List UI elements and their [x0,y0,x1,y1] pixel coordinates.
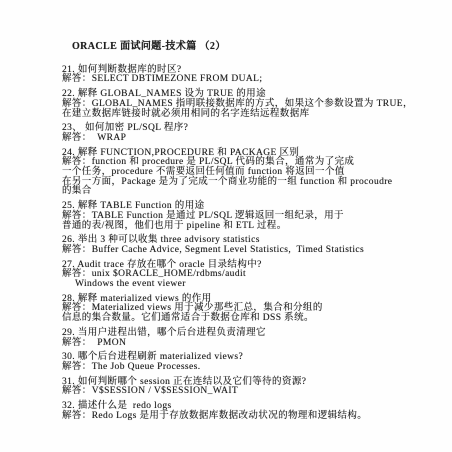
answer-line: 解答：Redo Logs 是用于存放数据库数据改动状况的物理和逻辑结构。 [62,412,428,422]
qa-block-31: 31. 如何判断哪个 session 正在连结以及它们等待的资源? 解答：V$S… [62,378,428,397]
qa-block-26: 26. 举出 3 种可以收集 three advisory statistics… [62,236,428,255]
answer-continuation-line: 在另一方面，Package 是为了完成一个商业功能的一组 function 和 … [62,178,428,188]
answer-line: 解答：The Job Queue Processes. [62,363,428,373]
qa-block-27: 27. Audit trace 存放在哪个 oracle 目录结构中? 解答：u… [62,261,428,290]
qa-block-30: 30. 哪个后台进程刷新 materialized views? 解答：The … [62,353,428,372]
answer-continuation-line: 信息的集合数量。它们通常适合于数据仓库和 DSS 系统。 [62,314,428,324]
answer-continuation-line: Windows the event viewer [62,280,428,290]
answer-continuation-line: 普通的表/视图，他们也用于 pipeline 和 ETL 过程。 [62,222,428,232]
document-title: ORACLE 面试问题-技术篇 （2） [72,42,428,52]
qa-block-25: 25. 解释 TABLE Function 的用途 解答：TABLE Funct… [62,202,428,231]
qa-block-24: 24. 解释 FUNCTION,PROCEDURE 和 PACKAGE 区别 解… [62,149,428,198]
answer-line: 解答：V$SESSION / V$SESSION_WAIT [62,387,428,397]
qa-block-23: 23、 如何加密 PL/SQL 程序? 解答： WRAP [62,124,428,143]
qa-block-28: 28. 解释 materialized views 的作用 解答：Materia… [62,295,428,324]
answer-line: 解答： WRAP [62,134,428,144]
answer-continuation-line: 在建立数据库链接时就必须用相同的名字连结远程数据库 [62,110,428,120]
answer-continuation-line: 的集合 [62,187,428,197]
answer-line: 解答：Buffer Cache Advice, Segment Level St… [62,246,428,256]
document-content: ORACLE 面试问题-技术篇 （2） 21. 如何判断数据库的时区? 解答：S… [0,0,452,452]
qa-block-29: 29. 当用户进程出错，哪个后台进程负责清理它 解答： PMON [62,329,428,348]
qa-block-21: 21. 如何判断数据库的时区? 解答：SELECT DBTIMEZONE FRO… [62,66,428,85]
answer-line: 解答：SELECT DBTIMEZONE FROM DUAL; [62,75,428,85]
scanned-document-page: ORACLE 面试问题-技术篇 （2） 21. 如何判断数据库的时区? 解答：S… [0,0,452,452]
qa-block-32: 32. 描述什么是 redo logs 解答：Redo Logs 是用于存放数据… [62,402,428,421]
answer-line: 解答： PMON [62,339,428,349]
qa-block-22: 22. 解释 GLOBAL_NAMES 设为 TRUE 的用途 解答：GLOBA… [62,90,428,119]
